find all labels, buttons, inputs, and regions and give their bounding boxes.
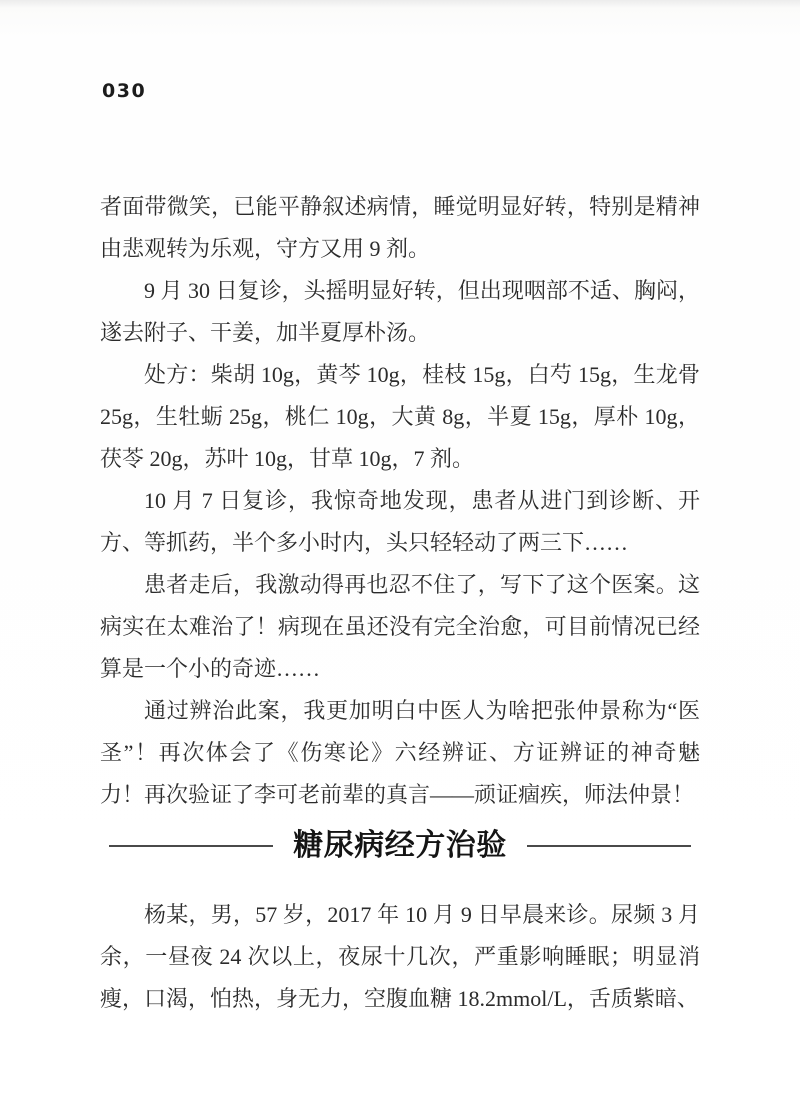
page-number: 030 <box>102 80 146 102</box>
paragraph-5: 患者走后，我激动得再也忍不住了，写下了这个医案。这病实在太难治了！病现在虽还没有… <box>100 564 700 690</box>
section-heading-title: 糖尿病经方治验 <box>293 824 507 868</box>
section-heading: 糖尿病经方治验 <box>100 824 700 868</box>
paragraph-6: 通过辨治此案，我更加明白中医人为啥把张仲景称为“医圣”！再次体会了《伤寒论》六经… <box>100 690 700 816</box>
paragraph-4: 10 月 7 日复诊，我惊奇地发现，患者从进门到诊断、开方、等抓药，半个多小时内… <box>100 480 700 564</box>
paragraph-1: 者面带微笑，已能平静叙述病情，睡觉明显好转，特别是精神由悲观转为乐观，守方又用 … <box>100 186 700 270</box>
paragraph-7-case-intro: 杨某，男，57 岁，2017 年 10 月 9 日早晨来诊。尿频 3 月余，一昼… <box>100 894 700 1020</box>
heading-left-rule <box>109 845 273 847</box>
book-page: 030 者面带微笑，已能平静叙述病情，睡觉明显好转，特别是精神由悲观转为乐观，守… <box>0 0 800 1093</box>
page-content: 者面带微笑，已能平静叙述病情，睡觉明显好转，特别是精神由悲观转为乐观，守方又用 … <box>100 186 700 1020</box>
paragraph-3-prescription: 处方：柴胡 10g，黄芩 10g，桂枝 15g，白芍 15g，生龙骨 25g，生… <box>100 354 700 480</box>
paragraph-2: 9 月 30 日复诊，头摇明显好转，但出现咽部不适、胸闷，遂去附子、干姜，加半夏… <box>100 270 700 354</box>
heading-right-rule <box>527 845 691 847</box>
